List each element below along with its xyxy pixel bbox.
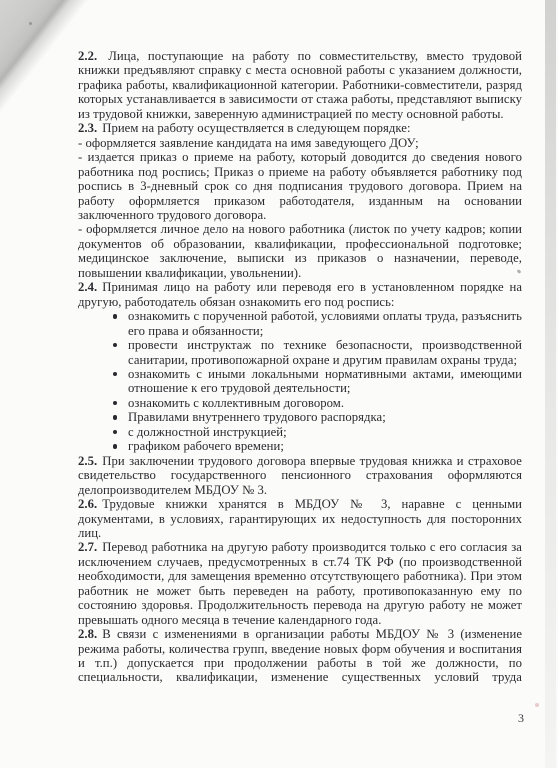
section-text: При заключении трудового договора впервы… <box>78 454 522 497</box>
section-number: 2.6. <box>78 497 97 511</box>
list-item: провести инструктаж по технике безопасно… <box>78 338 522 367</box>
list-item-text: графиком рабочего времени; <box>128 439 284 453</box>
section-text: Перевод работника на другую работу произ… <box>78 540 522 626</box>
paragraph-2-8: 2.8.В связи с изменениями в организации … <box>78 627 522 685</box>
bullet-icon <box>113 430 117 434</box>
dash-item: - издается приказ о приеме на работу, ко… <box>78 150 522 222</box>
document-body: 2.2.Лица, поступающие на работу по совме… <box>78 49 522 685</box>
list-item-text: ознакомить с порученной работой, условия… <box>128 309 522 337</box>
section-text: Лица, поступающие на работу по совместит… <box>78 49 522 121</box>
bullet-icon <box>113 401 117 405</box>
list-item-text: ознакомить с иными локальными нормативны… <box>128 367 522 395</box>
list-item: ознакомить с порученной работой, условия… <box>78 309 522 338</box>
paragraph-2-5: 2.5.При заключении трудового договора вп… <box>78 454 522 497</box>
scanned-document-page: 2.2.Лица, поступающие на работу по совме… <box>0 0 558 768</box>
list-item-text: Правилами внутреннего трудового распоряд… <box>128 410 386 424</box>
list-item-text: провести инструктаж по технике безопасно… <box>128 338 522 366</box>
section-text: Прием на работу осуществляется в следующ… <box>102 121 410 135</box>
bullet-icon <box>113 314 117 318</box>
scan-right-edge-shadow <box>545 0 556 768</box>
paragraph-2-2: 2.2.Лица, поступающие на работу по совме… <box>78 49 522 121</box>
bullet-icon <box>113 415 117 419</box>
scan-speck <box>535 703 539 707</box>
section-number: 2.7. <box>78 540 97 554</box>
list-item: с должностной инструкцией; <box>78 425 522 439</box>
list-item: графиком рабочего времени; <box>78 439 522 453</box>
paragraph-2-3: 2.3.Прием на работу осуществляется в сле… <box>78 121 522 135</box>
scan-speck <box>29 22 32 25</box>
list-item: Правилами внутреннего трудового распоряд… <box>78 410 522 424</box>
section-text: В связи с изменениями в организации рабо… <box>78 627 522 684</box>
paragraph-2-7: 2.7.Перевод работника на другую работу п… <box>78 540 522 627</box>
section-number: 2.3. <box>78 121 97 135</box>
bullet-icon <box>113 343 117 347</box>
bullet-icon <box>113 444 117 448</box>
list-item: ознакомить с иными локальными нормативны… <box>78 367 522 396</box>
section-number: 2.2. <box>78 49 97 63</box>
list-item-text: с должностной инструкцией; <box>128 425 287 439</box>
page-number: 3 <box>518 711 524 726</box>
section-text: Трудовые книжки хранятся в МБДОУ № 3, на… <box>78 497 522 540</box>
section-text: Принимая лицо на работу или переводя его… <box>78 280 522 308</box>
section-number: 2.4. <box>78 280 97 294</box>
bullet-icon <box>113 372 117 376</box>
list-item: ознакомить с коллективным договором. <box>78 396 522 410</box>
dash-item: - оформляется личное дело на нового рабо… <box>78 222 522 280</box>
list-item-text: ознакомить с коллективным договором. <box>128 396 344 410</box>
dash-item: - оформляется заявление кандидата на имя… <box>78 136 522 150</box>
section-number: 2.5. <box>78 454 97 468</box>
section-number: 2.8. <box>78 627 97 641</box>
paragraph-2-4: 2.4.Принимая лицо на работу или переводя… <box>78 280 522 309</box>
paragraph-2-6: 2.6.Трудовые книжки хранятся в МБДОУ № 3… <box>78 497 522 540</box>
